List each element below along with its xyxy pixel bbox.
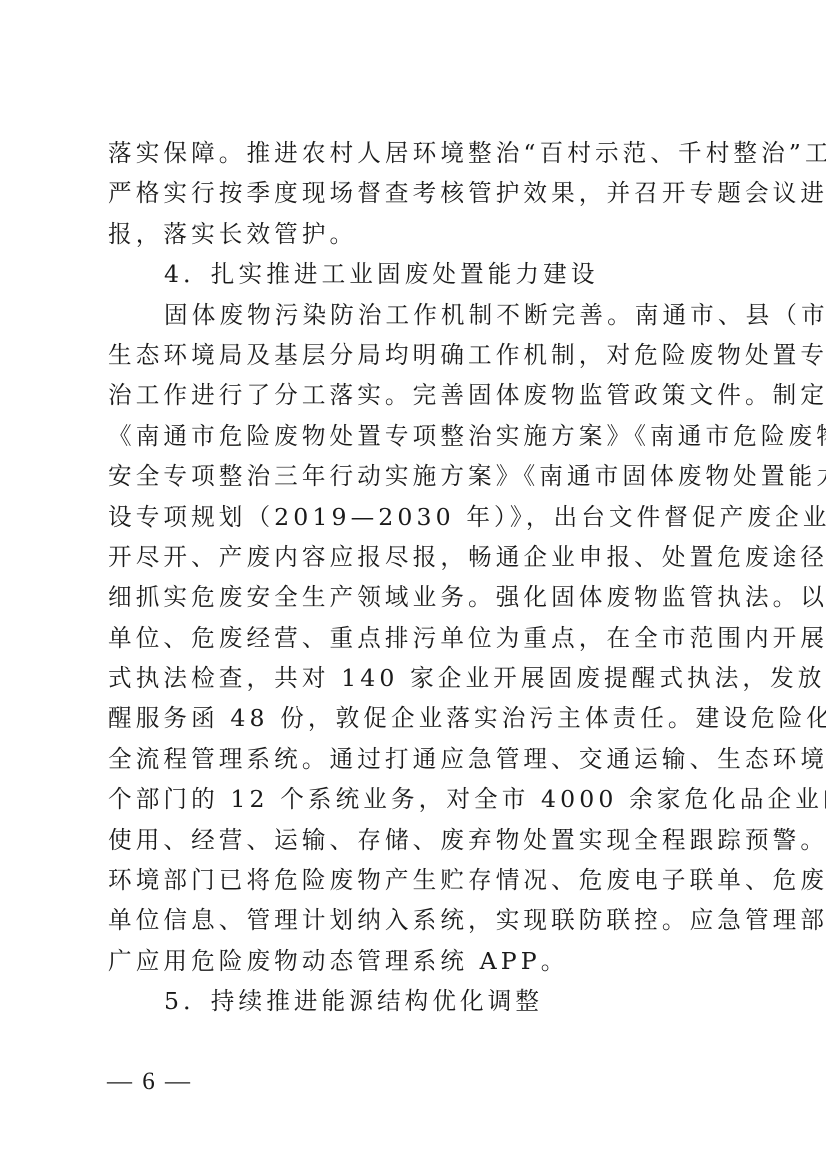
- page-number: — 6 —: [107, 1068, 192, 1096]
- text-line: 环境部门已将危险废物产生贮存情况、危废电子联单、危废经营: [108, 860, 720, 900]
- text-line: 细抓实危废安全生产领域业务。强化固体废物监管执法。以产废: [108, 577, 720, 617]
- document-body: 落实保障。推进农村人居环境整治“百村示范、千村整治”工程， 严格实行按季度现场督…: [108, 133, 720, 1022]
- text-line: 式执法检查，共对 140 家企业开展固废提醒式执法，发放固废提: [108, 658, 720, 698]
- text-line: 安全专项整治三年行动实施方案》《南通市固体废物处置能力建: [108, 456, 720, 496]
- section-heading-4: 4．扎实推进工业固废处置能力建设: [108, 254, 720, 294]
- text-line: 开尽开、产废内容应报尽报，畅通企业申报、处置危废途径，抓: [108, 537, 720, 577]
- text-line: 落实保障。推进农村人居环境整治“百村示范、千村整治”工程，: [108, 133, 720, 173]
- text-line: 《南通市危险废物处置专项整治实施方案》《南通市危险废物等: [108, 416, 720, 456]
- text-line: 醒服务函 48 份，敦促企业落实治污主体责任。建设危险化学品: [108, 698, 720, 738]
- paragraph-start: 固体废物污染防治工作机制不断完善。南通市、县（市、区）: [108, 295, 720, 335]
- text-line: 单位、危废经营、重点排污单位为重点，在全市范围内开展提醒: [108, 618, 720, 658]
- text-line: 严格实行按季度现场督查考核管护效果，并召开专题会议进行通: [108, 173, 720, 213]
- text-line: 单位信息、管理计划纳入系统，实现联防联控。应急管理部门推: [108, 900, 720, 940]
- text-line: 生态环境局及基层分局均明确工作机制，对危险废物处置专项整: [108, 335, 720, 375]
- text-line: 报，落实长效管护。: [108, 214, 720, 254]
- text-line: 广应用危险废物动态管理系统 APP。: [108, 941, 720, 981]
- section-heading-5: 5．持续推进能源结构优化调整: [108, 981, 720, 1021]
- text-line: 设专项规划（2019—2030 年）》，出台文件督促产废企业账户应: [108, 497, 720, 537]
- text-line: 治工作进行了分工落实。完善固体废物监管政策文件。制定出台: [108, 375, 720, 415]
- text-line: 全流程管理系统。通过打通应急管理、交通运输、生态环境等 9: [108, 739, 720, 779]
- text-line: 使用、经营、运输、存储、废弃物处置实现全程跟踪预警。生态: [108, 820, 720, 860]
- text-line: 个部门的 12 个系统业务，对全市 4000 余家危化品企业的生产、: [108, 779, 720, 819]
